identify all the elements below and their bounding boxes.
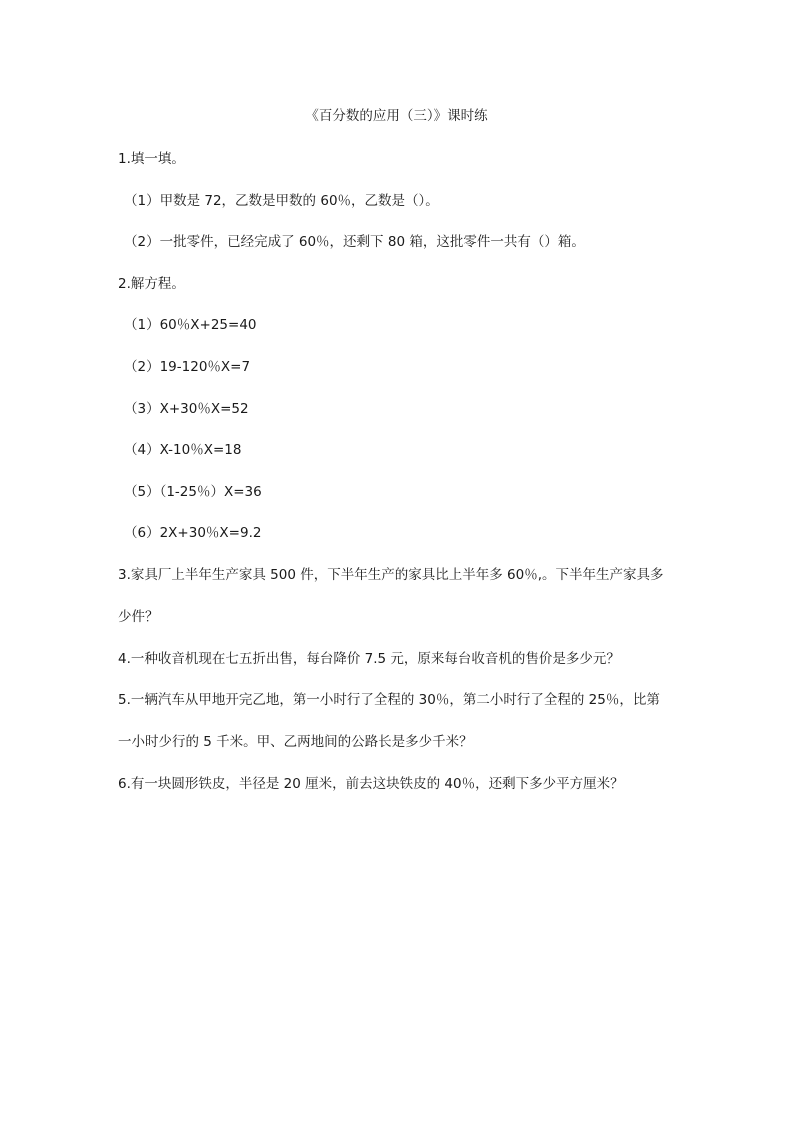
equation-2: （2）19-120％X=7 — [124, 358, 250, 376]
question-3-continuation: 少件？ — [118, 608, 159, 626]
question-4: 4.一种收音机现在七五折出售，每台降价 7.5 元，原来每台收音机的售价是多少元… — [118, 650, 620, 668]
question-6: 6.有一块圆形铁皮，半径是 20 厘米，前去这块铁皮的 40％，还剩下多少平方厘… — [118, 775, 624, 793]
section-2-heading: 2.解方程。 — [118, 275, 185, 293]
equation-3: （3）X+30％X=52 — [124, 400, 249, 418]
question-5-continuation: 一小时少行的 5 千米。甲、乙两地间的公路长是多少千米？ — [118, 733, 473, 751]
section-1-item-2: （2）一批零件，已经完成了 60％，还剩下 80 箱，这批零件一共有（）箱。 — [124, 233, 585, 251]
equation-6: （6）2X+30％X=9.2 — [124, 524, 261, 542]
equation-5: （5）（1-25％）X=36 — [124, 483, 262, 501]
section-1-item-1: （1）甲数是 72，乙数是甲数的 60％，乙数是（）。 — [124, 192, 439, 210]
question-5: 5.一辆汽车从甲地开完乙地，第一小时行了全程的 30％，第二小时行了全程的 25… — [118, 691, 660, 709]
page-title: 《百分数的应用（三）》课时练 — [0, 107, 793, 125]
section-1-heading: 1.填一填。 — [118, 150, 185, 168]
equation-4: （4）X-10％X=18 — [124, 441, 241, 459]
equation-1: （1）60％X+25=40 — [124, 316, 257, 334]
question-3: 3.家具厂上半年生产家具 500 件，下半年生产的家具比上半年多 60％,。下半… — [118, 566, 664, 584]
